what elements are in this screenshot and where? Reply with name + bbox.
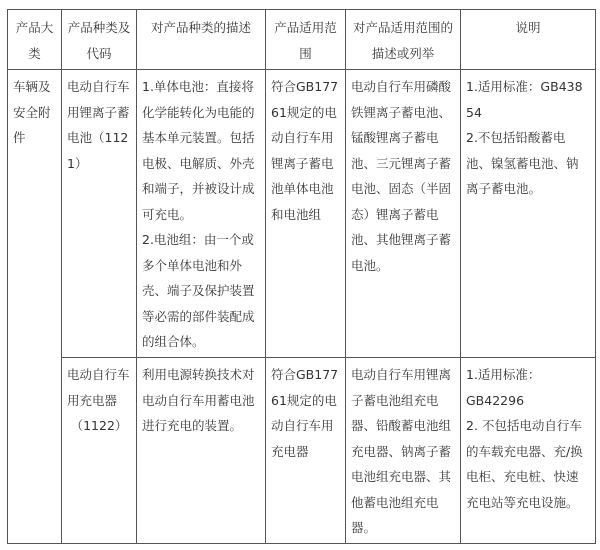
- header-type-description: 对产品种类的描述: [137, 10, 266, 70]
- type-code-cell: 电动自行车用充电器 （1122）: [62, 358, 137, 544]
- type-name: 电动自行车用充电器: [67, 367, 130, 408]
- type-code-cell: 电动自行车用锂离子蓄电池（1121）: [62, 70, 137, 358]
- table-row: 车辆及安全附件 电动自行车用锂离子蓄电池（1121） 1.单体电池：直接将化学能…: [8, 70, 596, 358]
- table-row: 电动自行车用充电器 （1122） 利用电源转换技术对电动自行车用蓄电池进行充电的…: [8, 358, 596, 544]
- header-notes: 说明: [461, 10, 596, 70]
- product-catalog-table: 产品大类 产品种类及代码 对产品种类的描述 产品适用范围 对产品适用范围的描述或…: [7, 9, 596, 544]
- header-scope: 产品适用范围: [266, 10, 346, 70]
- notes-cell: 1.适用标准： GB42296 2. 不包括电动自行车的车载充电器、充/换电柜、…: [461, 358, 596, 544]
- type-code: （1122）: [67, 413, 131, 439]
- header-scope-description: 对产品适用范围的描述或列举: [346, 10, 461, 70]
- header-row: 产品大类 产品种类及代码 对产品种类的描述 产品适用范围 对产品适用范围的描述或…: [8, 10, 596, 70]
- scope-description-cell: 电动自行车用磷酸铁锂离子蓄电池、锰酸锂离子蓄电池、三元锂离子蓄电池、固态（半固态…: [346, 70, 461, 358]
- type-description-cell: 1.单体电池：直接将化学能转化为电能的基本单元装置。包括电极、电解质、外壳和端子…: [137, 70, 266, 358]
- scope-description-cell: 电动自行车用锂离子蓄电池组充电器、铅酸蓄电池组充电器、钠离子蓄电池组充电器、其他…: [346, 358, 461, 544]
- scope-cell: 符合GB17761规定的电动自行车用充电器: [266, 358, 346, 544]
- header-category: 产品大类: [8, 10, 62, 70]
- category-cell: 车辆及安全附件: [8, 70, 62, 544]
- type-description-cell: 利用电源转换技术对电动自行车用蓄电池进行充电的装置。: [137, 358, 266, 544]
- notes-cell: 1.适用标准：GB43854 2.不包括铅酸蓄电池、镍氢蓄电池、钠离子蓄电池。: [461, 70, 596, 358]
- scope-cell: 符合GB17761规定的电动自行车用锂离子蓄电池单体电池和电池组: [266, 70, 346, 358]
- header-type-code: 产品种类及代码: [62, 10, 137, 70]
